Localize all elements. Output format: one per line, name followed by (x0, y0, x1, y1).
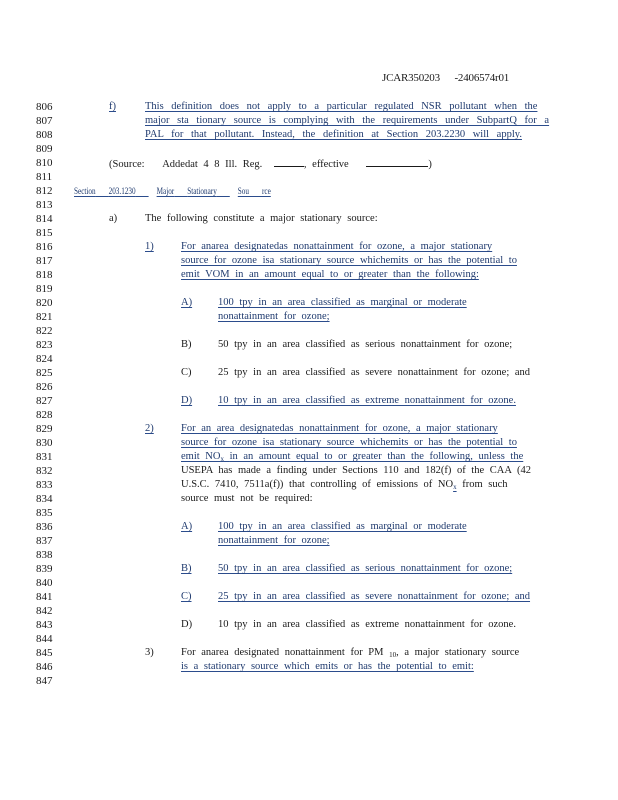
line-number: 834 (36, 492, 53, 506)
line-number: 842 (36, 604, 53, 618)
source-note: (Source: Addedat 4 8 Ill. Reg. , effecti… (109, 156, 432, 172)
register-page-blank (274, 156, 304, 167)
item-2-A-line: nonattainment for ozone; (218, 534, 330, 548)
item-1-A-line: 100 tpy in an area classified as margina… (218, 296, 467, 310)
line-number: 823 (36, 338, 53, 352)
item-2-line: USEPA has made a finding under Sections … (181, 464, 531, 478)
item-1-A-label: A) (181, 296, 192, 310)
item-2-line: source must not be required: (181, 492, 313, 506)
line-number: 812 (36, 184, 53, 198)
line-number: 807 (36, 114, 53, 128)
source-effective: , effective (304, 159, 349, 170)
line-number: 841 (36, 590, 53, 604)
line-number: 824 (36, 352, 53, 366)
line-number: 830 (36, 436, 53, 450)
item-1-line: emit VOM in an amount equal to or greate… (181, 268, 479, 282)
source-added: Addedat 4 8 Ill. Reg. (162, 159, 262, 170)
item-2-C-line: 25 tpy in an area classified as severe n… (218, 590, 530, 604)
item-2-A-line: 100 tpy in an area classified as margina… (218, 520, 467, 534)
item-2-line: For an area designatedas nonattainment f… (181, 422, 498, 436)
item-1-C-line: 25 tpy in an area classified as severe n… (218, 366, 530, 380)
item-1-A-line: nonattainment for ozone; (218, 310, 330, 324)
item-1-D-label: D) (181, 394, 192, 408)
revision-id: -2406574r01 (454, 72, 509, 84)
item-1-label: 1) (145, 240, 154, 254)
item-1-line: For anarea designatedas nonattainment fo… (181, 240, 492, 254)
item-2-D-line: 10 tpy in an area classified as extreme … (218, 618, 516, 632)
line-number: 837 (36, 534, 53, 548)
item-1-B-line: 50 tpy in an area classified as serious … (218, 338, 512, 352)
line-number: 836 (36, 520, 53, 534)
doc-id: JCAR350203 (382, 72, 440, 84)
item-2-label: 2) (145, 422, 154, 436)
line-number: 845 (36, 646, 53, 660)
effective-date-blank (366, 156, 428, 167)
source-prefix: (Source: (109, 159, 145, 170)
item-1-B-label: B) (181, 338, 192, 352)
line-number: 843 (36, 618, 53, 632)
line-number: 822 (36, 324, 53, 338)
line-number: 825 (36, 366, 53, 380)
section-title-word: Sou rce (238, 186, 271, 196)
line-number: 846 (36, 660, 53, 674)
para-a-label: a) (109, 212, 117, 226)
para-f-line: This definition does not apply to a part… (145, 100, 537, 114)
line-number: 847 (36, 674, 53, 688)
item-3-label: 3) (145, 646, 154, 660)
line-number: 808 (36, 128, 53, 142)
line-number: 810 (36, 156, 53, 170)
line-number: 844 (36, 632, 53, 646)
para-a-text: The following constitute a major station… (145, 212, 378, 226)
item-2-D-label: D) (181, 618, 192, 632)
para-f-label: f) (109, 100, 116, 114)
line-number: 821 (36, 310, 53, 324)
item-2-C-label: C) (181, 590, 192, 604)
line-number: 814 (36, 212, 53, 226)
item-3-line: is a stationary source which emits or ha… (181, 660, 474, 674)
line-number: 809 (36, 142, 53, 156)
line-number: 815 (36, 226, 53, 240)
line-number: 831 (36, 450, 53, 464)
para-f-line: PAL for that pollutant. Instead, the def… (145, 128, 522, 142)
line-number: 828 (36, 408, 53, 422)
line-number: 835 (36, 506, 53, 520)
section-label: Section (74, 186, 96, 196)
section-title-word: Major (157, 186, 175, 196)
line-number: 818 (36, 268, 53, 282)
line-number: 833 (36, 478, 53, 492)
line-number: 826 (36, 380, 53, 394)
item-1-D-line: 10 tpy in an area classified as extreme … (218, 394, 516, 408)
line-number: 829 (36, 422, 53, 436)
item-2-B-line: 50 tpy in an area classified as serious … (218, 562, 512, 576)
para-f-line: major sta tionary source is complying wi… (145, 114, 549, 128)
line-number: 832 (36, 464, 53, 478)
line-number: 838 (36, 548, 53, 562)
item-2-line: source for ozone isa stationary source w… (181, 436, 517, 450)
item-1-line: source for ozone isa stationary source w… (181, 254, 517, 268)
line-number: 811 (36, 170, 52, 184)
item-1-C-label: C) (181, 366, 192, 380)
section-heading: Section 203.1230 Major Stationary Sou rc… (74, 184, 271, 198)
item-2-B-label: B) (181, 562, 192, 576)
line-number: 806 (36, 100, 53, 114)
line-number: 839 (36, 562, 53, 576)
section-number: 203.1230 (109, 186, 136, 196)
line-number: 816 (36, 240, 53, 254)
item-2-A-label: A) (181, 520, 192, 534)
document-header: JCAR350203 -2406574r01 (382, 72, 521, 84)
line-number: 840 (36, 576, 53, 590)
line-number: 817 (36, 254, 53, 268)
line-number: 813 (36, 198, 53, 212)
line-number: 827 (36, 394, 53, 408)
line-number: 820 (36, 296, 53, 310)
section-title-word: Stationary (187, 186, 217, 196)
line-number: 819 (36, 282, 53, 296)
source-close: ) (428, 159, 432, 170)
